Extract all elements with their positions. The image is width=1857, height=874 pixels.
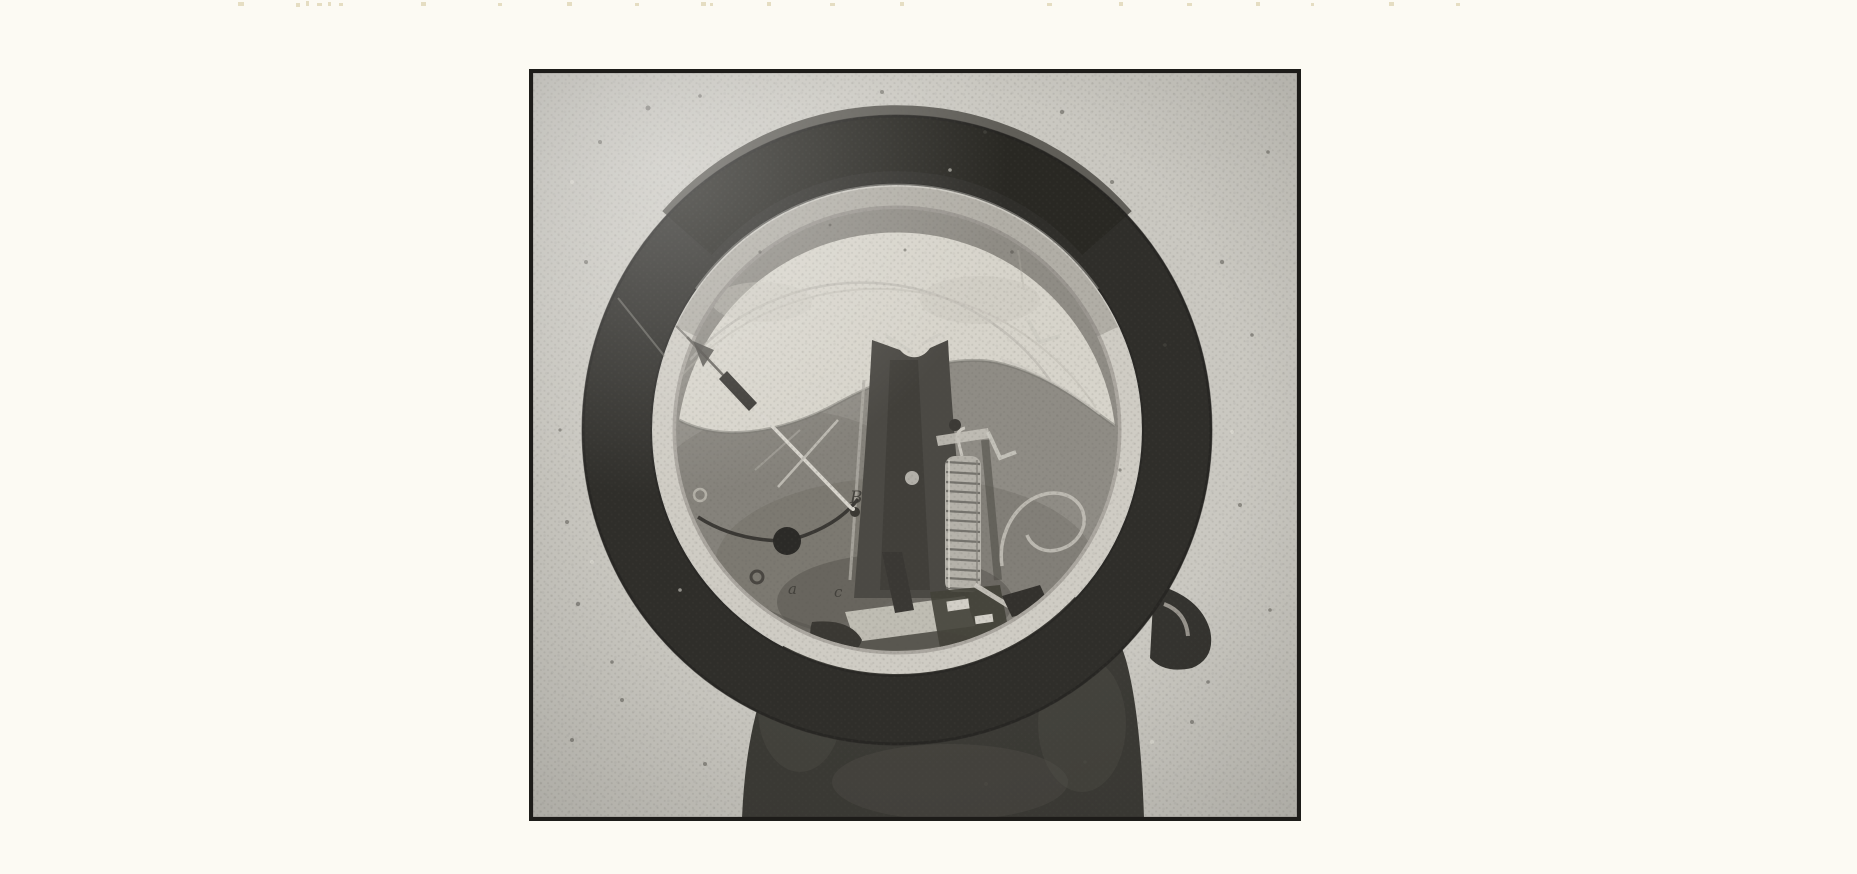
corner-light-overlay xyxy=(531,71,1299,819)
page-canvas: B a c xyxy=(0,0,1857,874)
book-page: B a c xyxy=(0,0,1857,874)
photo-figure: B a c xyxy=(531,71,1299,820)
